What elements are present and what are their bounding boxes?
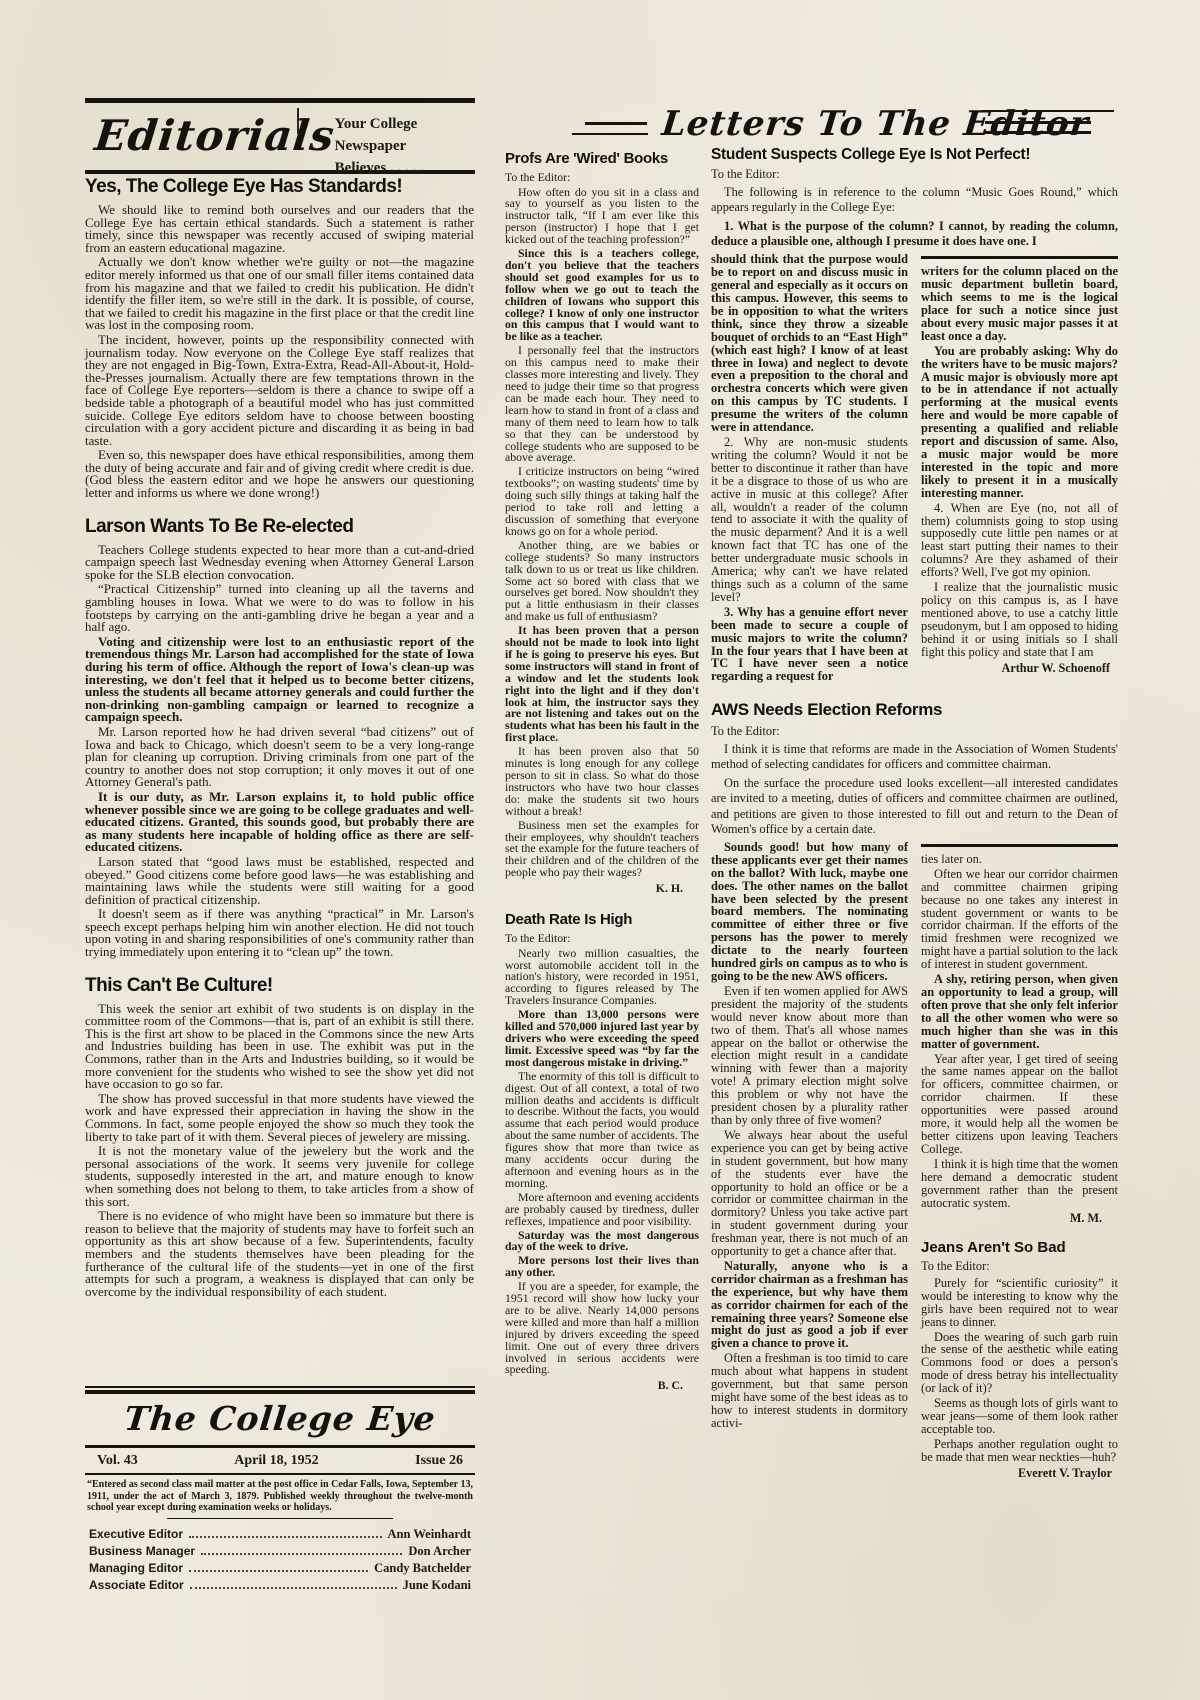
letters-column-middle: Profs Are 'Wired' Books To the Editor: H… — [505, 150, 699, 1398]
paragraph: There is no evidence of who might have b… — [85, 1210, 474, 1298]
paragraph: The enormity of this toll is difficult t… — [505, 1071, 699, 1190]
letter-salutation: To the Editor: — [505, 932, 699, 945]
staff-name: Ann Weinhardt — [388, 1527, 471, 1542]
paragraph: Voting and citizenship were lost to an e… — [85, 636, 474, 724]
letter-body: Purely for “scientific curiosity” it wou… — [921, 1277, 1118, 1464]
paragraph: It doesn't seem as if there was anything… — [85, 908, 474, 958]
paragraph: Actually we don't know whether we're gui… — [85, 256, 474, 332]
deco-line — [572, 133, 648, 135]
staff-name: Don Archer — [408, 1544, 471, 1559]
tagline-line1: Your College Newspaper — [335, 113, 475, 157]
dotted-leader — [189, 1536, 381, 1538]
letter-title: Profs Are 'Wired' Books — [505, 150, 699, 167]
letters-column-right: Student Suspects College Eye Is Not Perf… — [711, 146, 1118, 1486]
paragraph: The following is in reference to the col… — [711, 185, 1118, 215]
paragraph: It has been proven that a person should … — [505, 625, 699, 744]
staff-name: Candy Batchelder — [374, 1561, 471, 1576]
dotted-leader — [201, 1553, 402, 1555]
paragraph: A shy, retiring person, when given an op… — [921, 973, 1118, 1050]
volume-label: Vol. 43 — [97, 1453, 138, 1469]
editorials-header-row: Editorials Your College Newspaper Believ… — [85, 106, 475, 168]
letter-aws-reforms: AWS Needs Election Reforms To the Editor… — [711, 700, 1118, 1485]
paragraph: Larson stated that “good laws must be es… — [85, 856, 474, 906]
letter-salutation: To the Editor: — [711, 725, 1118, 739]
article-title: Larson Wants To Be Re-elected — [85, 516, 474, 537]
paragraph: Another thing, are we babies or college … — [505, 540, 699, 623]
paragraph: Perhaps another regulation ought to be m… — [921, 1438, 1118, 1464]
paragraph: It is not the monetary value of the jewe… — [85, 1145, 474, 1208]
paragraph: The incident, however, points up the res… — [85, 334, 474, 447]
editorials-script-title: Editorials — [82, 106, 338, 166]
paragraph: Even if ten women applied for AWS presid… — [711, 985, 908, 1127]
paragraph: On the surface the procedure used looks … — [711, 776, 1118, 837]
letter-subcolumn-right: ties later on.Often we hear our corridor… — [921, 841, 1118, 1486]
letter-body: ties later on.Often we hear our corridor… — [921, 853, 1118, 1209]
paragraph: 2. Why are non-music students writing th… — [711, 436, 908, 604]
header-divider-tick — [297, 108, 299, 134]
paper-title-script: The College Eye — [82, 1394, 477, 1445]
letter-body: How often do you sit in a class and say … — [505, 187, 699, 880]
deco-line — [985, 121, 1091, 124]
staff-role: Associate Editor — [89, 1578, 184, 1592]
paragraph: This week the senior art exhibit of two … — [85, 1003, 474, 1091]
deco-line — [585, 122, 647, 125]
letter-salutation: To the Editor: — [711, 168, 1118, 182]
article-body: This week the senior art exhibit of two … — [85, 1003, 474, 1299]
paragraph: Purely for “scientific curiosity” it wou… — [921, 1277, 1118, 1329]
deco-line — [985, 131, 1091, 134]
paragraph: I criticize instructors on being “wired … — [505, 466, 699, 537]
paragraph: “Practical Citizenship” turned into clea… — [85, 583, 474, 633]
paragraph: More afternoon and evening accidents are… — [505, 1192, 699, 1228]
paragraph: It has been proven also that 50 minutes … — [505, 746, 699, 817]
paragraph: We always hear about the useful experien… — [711, 1129, 908, 1258]
volume-row: Vol. 43 April 18, 1952 Issue 26 — [85, 1448, 475, 1473]
article-larson-reelected: Larson Wants To Be Re-elected Teachers C… — [85, 516, 474, 959]
deco-line — [982, 110, 1114, 112]
paragraph: Naturally, anyone who is a corridor chai… — [711, 1260, 908, 1350]
paragraph: Teachers College students expected to he… — [85, 544, 474, 582]
editorials-column: Yes, The College Eye Has Standards! We s… — [85, 176, 474, 1300]
editorials-header: Editorials Your College Newspaper Believ… — [85, 98, 475, 174]
masthead-rule-short — [167, 1518, 393, 1520]
article-body: We should like to remind both ourselves … — [85, 204, 474, 500]
letter-signature: M. M. — [921, 1211, 1118, 1226]
paragraph: The show has proved successful in that m… — [85, 1093, 474, 1143]
staff-role: Business Manager — [89, 1544, 195, 1558]
second-class-mail-notice: “Entered as second class mail matter at … — [85, 1475, 475, 1517]
letter-signature: Arthur W. Schoenoff — [921, 661, 1118, 676]
paper-masthead: The College Eye Vol. 43 April 18, 1952 I… — [85, 1386, 475, 1594]
paragraph: writers for the column placed on the mus… — [921, 265, 1118, 342]
paragraph: Nearly two million casualties, the worst… — [505, 948, 699, 1008]
staff-name: June Kodani — [403, 1578, 471, 1593]
letter-subcolumn-left: should think that the purpose would be t… — [711, 253, 908, 685]
letter-jeans: Jeans Aren't So Bad To the Editor: Purel… — [921, 1239, 1118, 1480]
letter-title: Student Suspects College Eye Is Not Perf… — [711, 146, 1118, 164]
staff-role: Executive Editor — [89, 1527, 183, 1541]
paragraph: I personally feel that the instructors o… — [505, 345, 699, 464]
letter-death-rate: Death Rate Is High To the Editor: Nearly… — [505, 911, 699, 1393]
letters-script-title: Letters To The Editor — [645, 96, 1123, 152]
staff-row: Business Manager Don Archer — [85, 1543, 475, 1560]
letter-body: Nearly two million casualties, the worst… — [505, 948, 699, 1377]
paragraph: 4. When are Eye (no, not all of them) co… — [921, 502, 1118, 579]
issue-date: April 18, 1952 — [234, 1453, 318, 1469]
paragraph: More persons lost their lives than any o… — [505, 1255, 699, 1279]
dotted-leader — [190, 1587, 397, 1589]
letter-signature: B. C. — [505, 1378, 699, 1393]
letter-intro: The following is in reference to the col… — [711, 185, 1118, 250]
issue-number: Issue 26 — [415, 1453, 463, 1469]
paragraph: I think it is time that reforms are made… — [711, 742, 1118, 772]
letter-title: AWS Needs Election Reforms — [711, 700, 1118, 719]
paragraph: If you are a speeder, for example, the 1… — [505, 1281, 699, 1376]
letter-two-columns: Sounds good! but how many of these appli… — [711, 841, 1118, 1486]
letter-signature: K. H. — [505, 881, 699, 896]
masthead-tagline: Your College Newspaper Believes . . . . … — [335, 106, 475, 179]
paragraph: Seems as though lots of girls want to we… — [921, 1397, 1118, 1436]
letter-subcolumn-left: Sounds good! but how many of these appli… — [711, 841, 908, 1486]
letter-signature: Everett V. Traylor — [921, 1466, 1118, 1481]
letter-two-columns: should think that the purpose would be t… — [711, 253, 1118, 685]
paragraph: We should like to remind both ourselves … — [85, 204, 474, 254]
staff-row: Associate Editor June Kodani — [85, 1577, 475, 1594]
paragraph: Since this is a teachers college, don't … — [505, 248, 699, 343]
paragraph: Sounds good! but how many of these appli… — [711, 841, 908, 983]
paragraph: ties later on. — [921, 853, 1118, 866]
newspaper-editorial-page: { "header_left": { "script_title": "Edit… — [0, 0, 1200, 1700]
paragraph: Mr. Larson reported how he had driven se… — [85, 726, 474, 789]
paragraph: How often do you sit in a class and say … — [505, 187, 699, 247]
paragraph: Often a freshman is too timid to care mu… — [711, 1352, 908, 1429]
paragraph: 1. What is the purpose of the column? I … — [711, 219, 1118, 249]
dotted-leader — [189, 1570, 368, 1572]
masthead-rule — [85, 1386, 475, 1388]
letter-salutation: To the Editor: — [505, 171, 699, 184]
staff-row: Executive Editor Ann Weinhardt — [85, 1526, 475, 1543]
paragraph: should think that the purpose would be t… — [711, 253, 908, 434]
article-title: This Can't Be Culture! — [85, 975, 474, 996]
letter-salutation: To the Editor: — [921, 1260, 1118, 1274]
header-rule-top — [85, 98, 475, 103]
paragraph: It is our duty, as Mr. Larson explains i… — [85, 791, 474, 854]
letter-title: Death Rate Is High — [505, 911, 699, 928]
paragraph: You are probably asking: Why do the writ… — [921, 345, 1118, 500]
staff-row: Managing Editor Candy Batchelder — [85, 1560, 475, 1577]
paragraph: Saturday was the most dangerous day of t… — [505, 1230, 699, 1254]
article-title: Yes, The College Eye Has Standards! — [85, 176, 474, 197]
paragraph: 3. Why has a genuine effort never been m… — [711, 606, 908, 683]
column-cutoff-rule — [921, 844, 1118, 847]
paragraph: Often we hear our corridor chairmen and … — [921, 868, 1118, 971]
article-college-eye-standards: Yes, The College Eye Has Standards! We s… — [85, 176, 474, 500]
letter-subcolumn-right: writers for the column placed on the mus… — [921, 253, 1118, 685]
paragraph: Year after year, I get tired of seeing t… — [921, 1053, 1118, 1156]
paragraph: I realize that the journalistic music po… — [921, 581, 1118, 658]
paragraph: I think it is high time that the women h… — [921, 1158, 1118, 1210]
letter-body: writers for the column placed on the mus… — [921, 265, 1118, 658]
paragraph: Even so, this newspaper does have ethica… — [85, 449, 474, 499]
letter-title: Jeans Aren't So Bad — [921, 1239, 1118, 1256]
paragraph: More than 13,000 persons were killed and… — [505, 1009, 699, 1069]
letter-wired-books: Profs Are 'Wired' Books To the Editor: H… — [505, 150, 699, 896]
article-body: Teachers College students expected to he… — [85, 544, 474, 959]
column-cutoff-rule — [921, 256, 1118, 259]
staff-role: Managing Editor — [89, 1561, 183, 1575]
article-cant-be-culture: This Can't Be Culture! This week the sen… — [85, 975, 474, 1299]
letter-intro: I think it is time that reforms are made… — [711, 742, 1118, 837]
paragraph: Does the wearing of such garb ruin the s… — [921, 1331, 1118, 1396]
letter-music-column: Student Suspects College Eye Is Not Perf… — [711, 146, 1118, 685]
paragraph: Business men set the examples for their … — [505, 820, 699, 880]
